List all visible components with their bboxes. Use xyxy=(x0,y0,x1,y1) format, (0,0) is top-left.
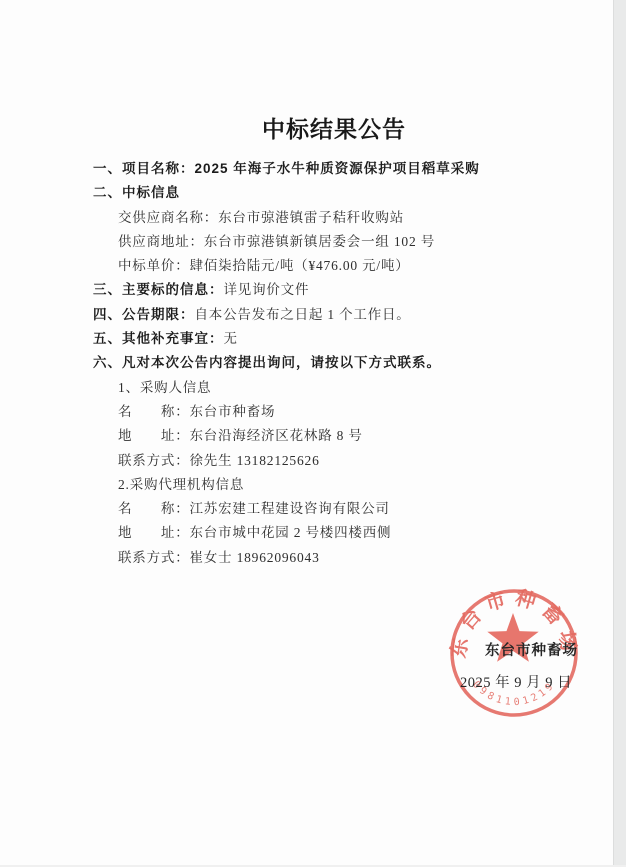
signature-date: 2025 年 9 月 9 日 xyxy=(460,671,572,692)
line-purchaser-info-heading: 1、采购人信息 xyxy=(93,376,571,400)
announcement-lines: 一、项目名称：2025 年海子水牛种质资源保护项目稻草采购 二、中标信息 交供应… xyxy=(93,157,571,570)
line-bold-text: 二、中标信息 xyxy=(93,185,180,200)
line-announcement-period: 四、公告期限：自本公告发布之日起 1 个工作日。 xyxy=(93,303,571,327)
line-project-name: 一、项目名称：2025 年海子水牛种质资源保护项目稻草采购 xyxy=(93,157,571,181)
official-seal-block: 东台市种畜场 0981101219 东台市种畜场 2025 年 9 月 9 日 xyxy=(440,580,622,732)
line-agency-contact: 联系方式：崔女士 18962096043 xyxy=(93,546,571,570)
line-supplier-address: 供应商地址：东台市弶港镇新镇居委会一组 102 号 xyxy=(93,230,571,254)
line-bold-text: 四、公告期限： xyxy=(93,307,195,322)
line-regular-text: 自本公告发布之日起 1 个工作日。 xyxy=(195,307,411,322)
signature-org-name: 东台市种畜场 xyxy=(485,639,578,660)
line-regular-text: 2.采购代理机构信息 xyxy=(118,477,244,492)
line-regular-text: 无 xyxy=(224,331,238,346)
line-regular-text: 供应商地址：东台市弶港镇新镇居委会一组 102 号 xyxy=(118,234,435,249)
line-regular-text: 名 称：东台市种畜场 xyxy=(118,404,275,419)
line-agency-name: 名 称：江苏宏建工程建设咨询有限公司 xyxy=(93,497,571,521)
line-regular-text: 地 址：东台市城中花园 2 号楼四楼西侧 xyxy=(118,525,391,540)
line-bold-text: 五、其他补充事宜： xyxy=(93,331,224,346)
line-regular-text: 详见询价文件 xyxy=(224,282,310,297)
line-bold-text: 三、主要标的信息： xyxy=(93,282,224,297)
line-bid-info-heading: 二、中标信息 xyxy=(93,181,571,205)
scanned-document-page: 中标结果公告 一、项目名称：2025 年海子水牛种质资源保护项目稻草采购 二、中… xyxy=(0,0,626,867)
line-regular-text: 中标单价：肆佰柒拾陆元/吨（¥476.00 元/吨） xyxy=(118,258,410,273)
line-bold-text: 六、凡对本次公告内容提出询问，请按以下方式联系。 xyxy=(93,355,441,370)
line-winning-price: 中标单价：肆佰柒拾陆元/吨（¥476.00 元/吨） xyxy=(93,254,571,278)
line-regular-text: 交供应商名称：东台市弶港镇雷子秸秆收购站 xyxy=(118,210,404,225)
line-other-matters: 五、其他补充事宜：无 xyxy=(93,327,571,351)
line-regular-text: 联系方式：崔女士 18962096043 xyxy=(118,550,320,565)
line-regular-text: 地 址：东台沿海经济区花林路 8 号 xyxy=(118,428,363,443)
line-purchaser-name: 名 称：东台市种畜场 xyxy=(93,400,571,424)
page-right-edge xyxy=(613,0,626,867)
line-supplier-name: 交供应商名称：东台市弶港镇雷子秸秆收购站 xyxy=(93,206,571,230)
line-bold-text: 一、项目名称：2025 年海子水牛种质资源保护项目稻草采购 xyxy=(93,161,480,176)
line-purchaser-address: 地 址：东台沿海经济区花林路 8 号 xyxy=(93,424,571,448)
line-agency-address: 地 址：东台市城中花园 2 号楼四楼西侧 xyxy=(93,521,571,545)
line-regular-text: 名 称：江苏宏建工程建设咨询有限公司 xyxy=(118,501,390,516)
line-regular-text: 1、采购人信息 xyxy=(118,380,211,395)
line-regular-text: 联系方式：徐先生 13182125626 xyxy=(118,453,320,468)
line-purchaser-contact: 联系方式：徐先生 13182125626 xyxy=(93,449,571,473)
announcement-body: 中标结果公告 一、项目名称：2025 年海子水牛种质资源保护项目稻草采购 二、中… xyxy=(93,116,571,570)
line-agency-info-heading: 2.采购代理机构信息 xyxy=(93,473,571,497)
line-subject-info: 三、主要标的信息：详见询价文件 xyxy=(93,278,571,302)
line-contact-heading: 六、凡对本次公告内容提出询问，请按以下方式联系。 xyxy=(93,351,571,375)
page-title: 中标结果公告 xyxy=(119,116,549,142)
